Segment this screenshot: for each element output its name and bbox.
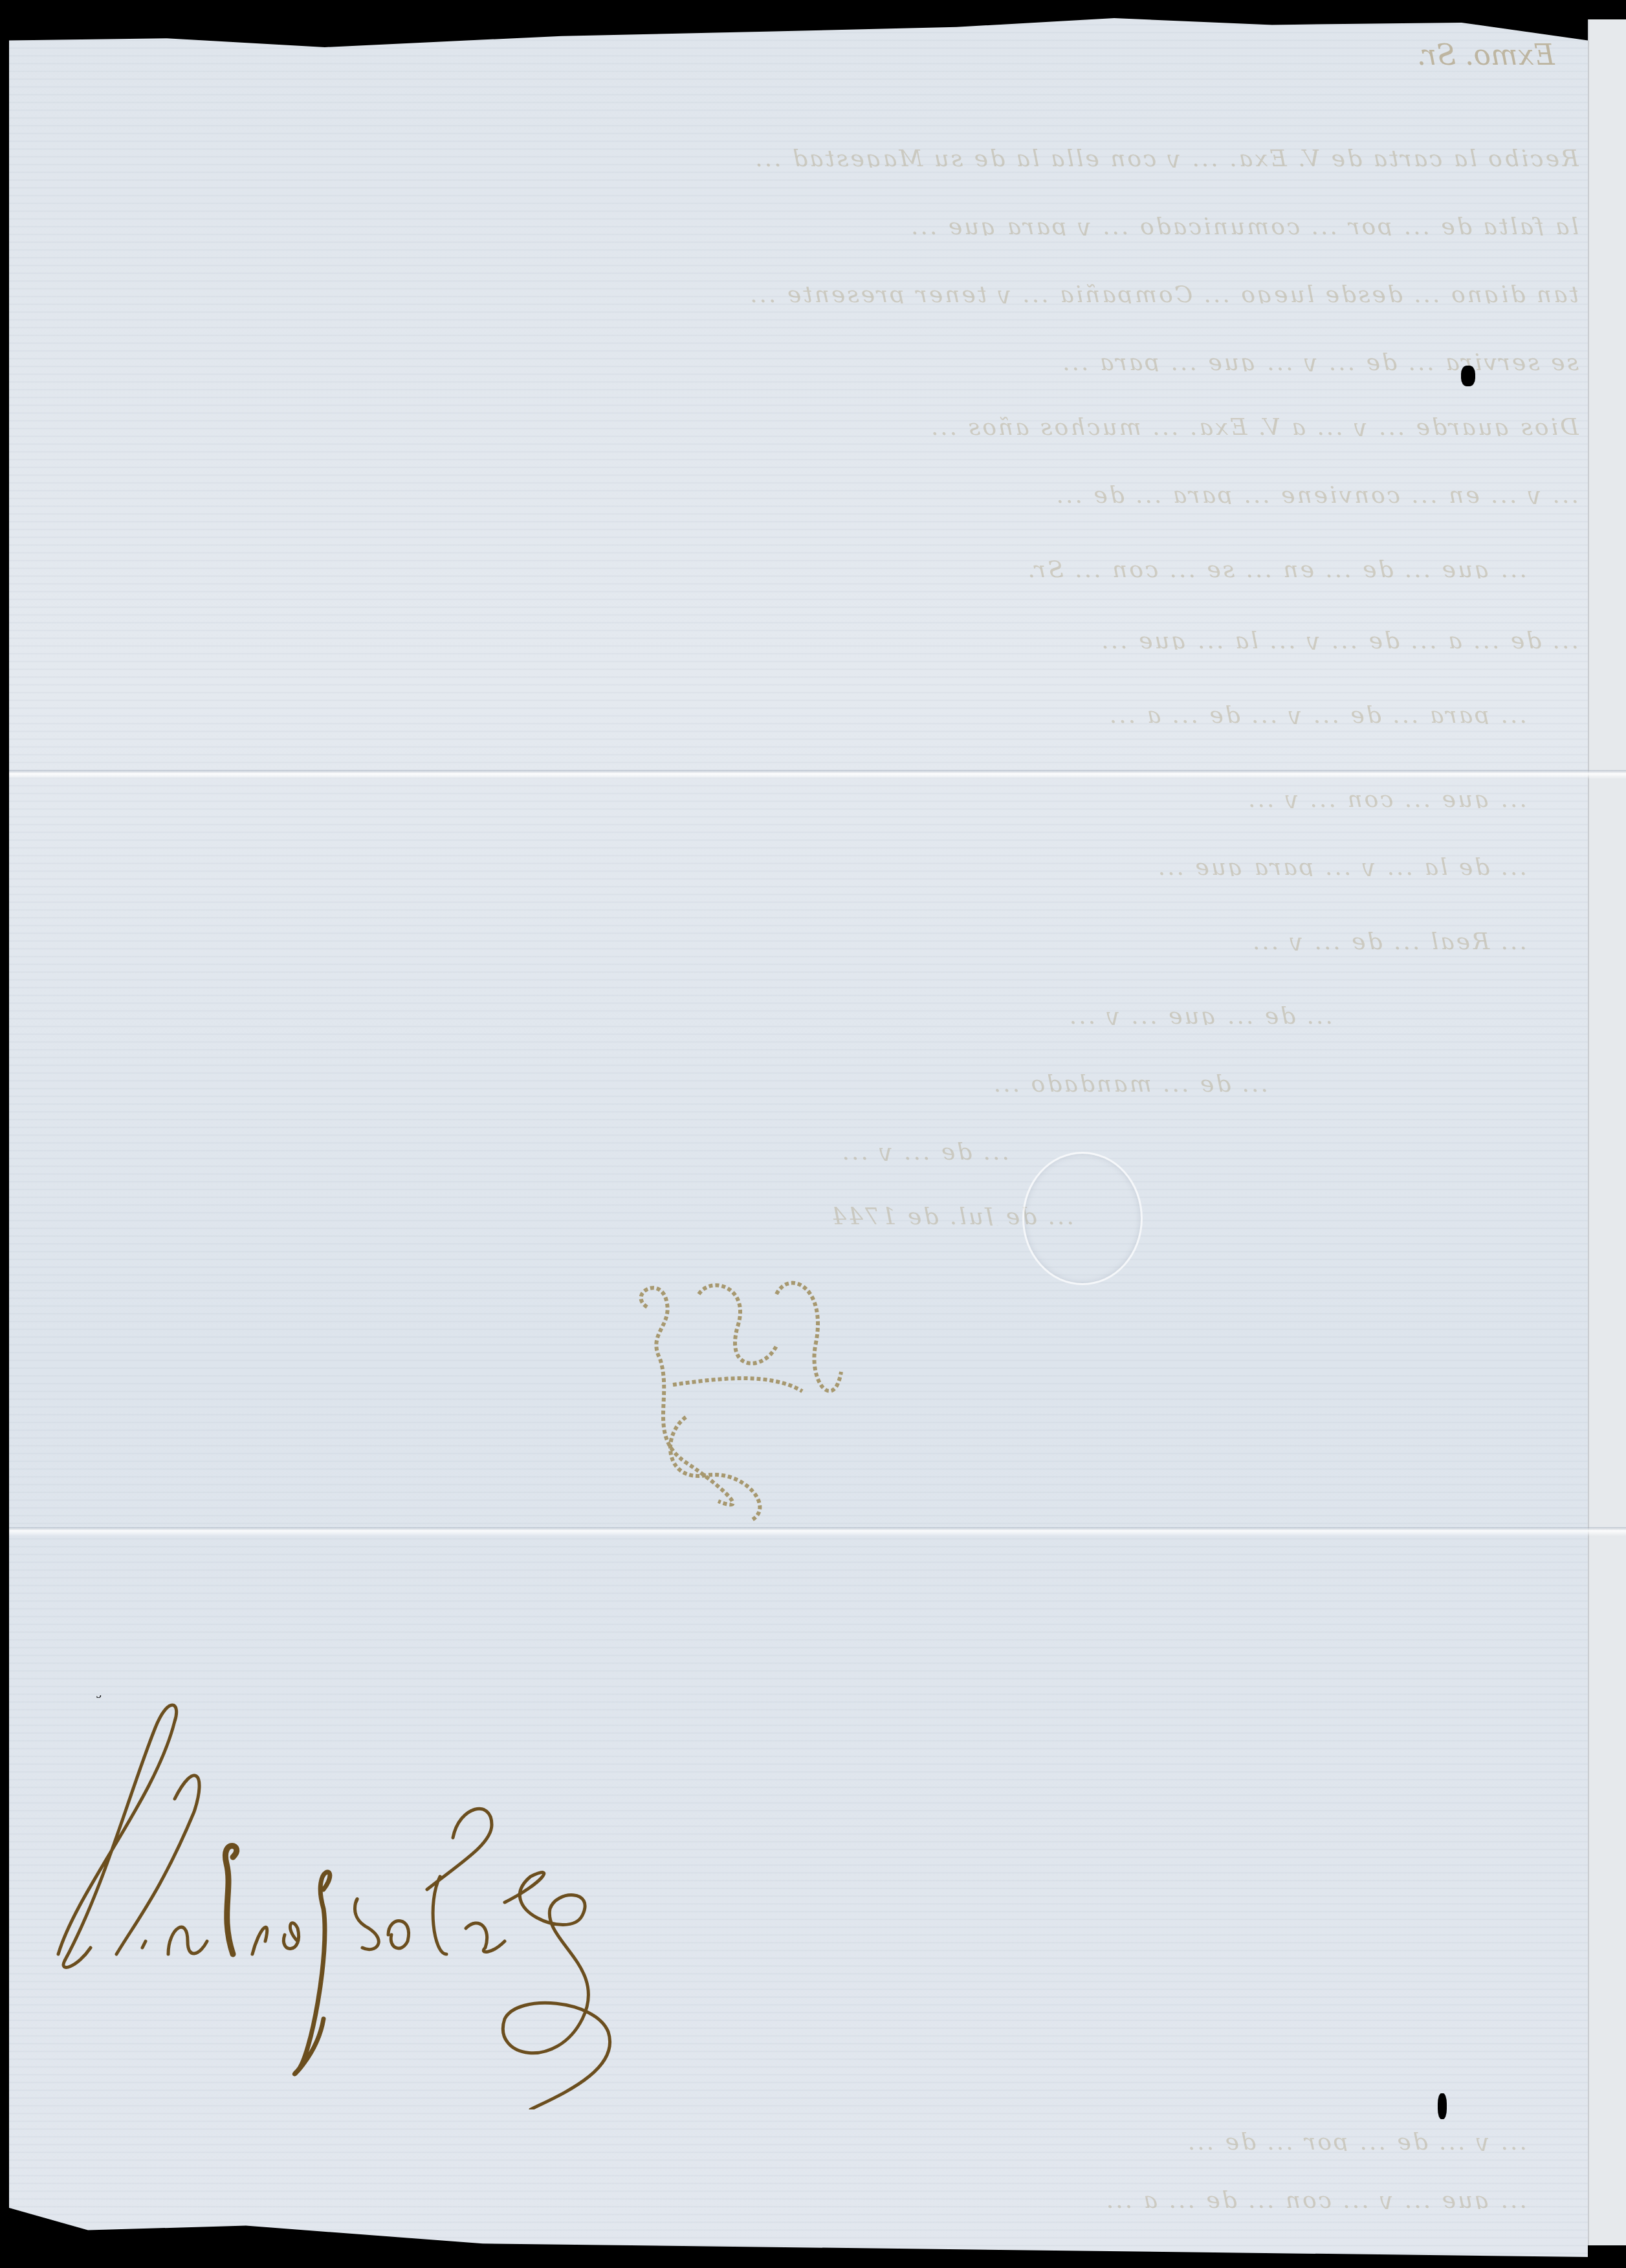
bleed-line: ... de ... a ... de ... y ... la ... que… [39,628,1579,650]
signature-text: Al. Ho. Diego de Peralta [39,1695,166,1698]
bottom-bleed-line: ... y ... de ... por ... de ... [39,2129,1527,2151]
paraph-flourish [621,1268,893,1527]
bleed-line: se servira ... de ... y ... que ... para… [39,349,1579,371]
bottom-bleed-line: ... que ... y ... con ... de ... a ... [39,2187,1527,2209]
bleed-line: la falta de ... por ... comunicado ... y… [39,214,1579,236]
horizontal-fold-line [9,1527,1626,1536]
horizontal-fold-line [9,770,1626,779]
signature: Al. Ho. Diego de Peralta [39,1695,815,2109]
bleed-line: Dios guarde ... y ... a V. Exa. ... much… [39,414,1579,436]
bleed-line: tan digno ... desde luego ... Compañia .… [39,281,1579,303]
embossed-seal [1022,1152,1143,1285]
bleed-line: ... que ... de ... en ... se ... con ...… [39,556,1527,578]
second-leaf-edge [1588,19,1626,2245]
paper-hole [1461,366,1475,386]
paper-hole [1438,2093,1447,2119]
bleed-line: ... de ... mandado ... [39,1071,1268,1093]
bleed-line: ... de la ... y ... para que ... [39,854,1527,876]
bleed-line: ... de ... y ... [39,1139,1009,1161]
bleed-line: ... de ... que ... y ... [39,1003,1333,1025]
bleed-line: ... Real ... de ... y ... [39,929,1527,951]
corner-note: Exmo. Sr. [1417,39,1555,72]
bleed-line: ... que ... con ... y ... [39,786,1527,808]
date-fragment: ... de Jul. de 1744 [556,1204,1074,1226]
bleed-line: ... para ... de ... y ... de ... a ... [39,702,1527,724]
bleed-line: Recibo la carta de V. Exa. ... y con ell… [39,146,1579,168]
bleed-line: ... y ... en ... conviene ... para ... d… [39,482,1579,504]
